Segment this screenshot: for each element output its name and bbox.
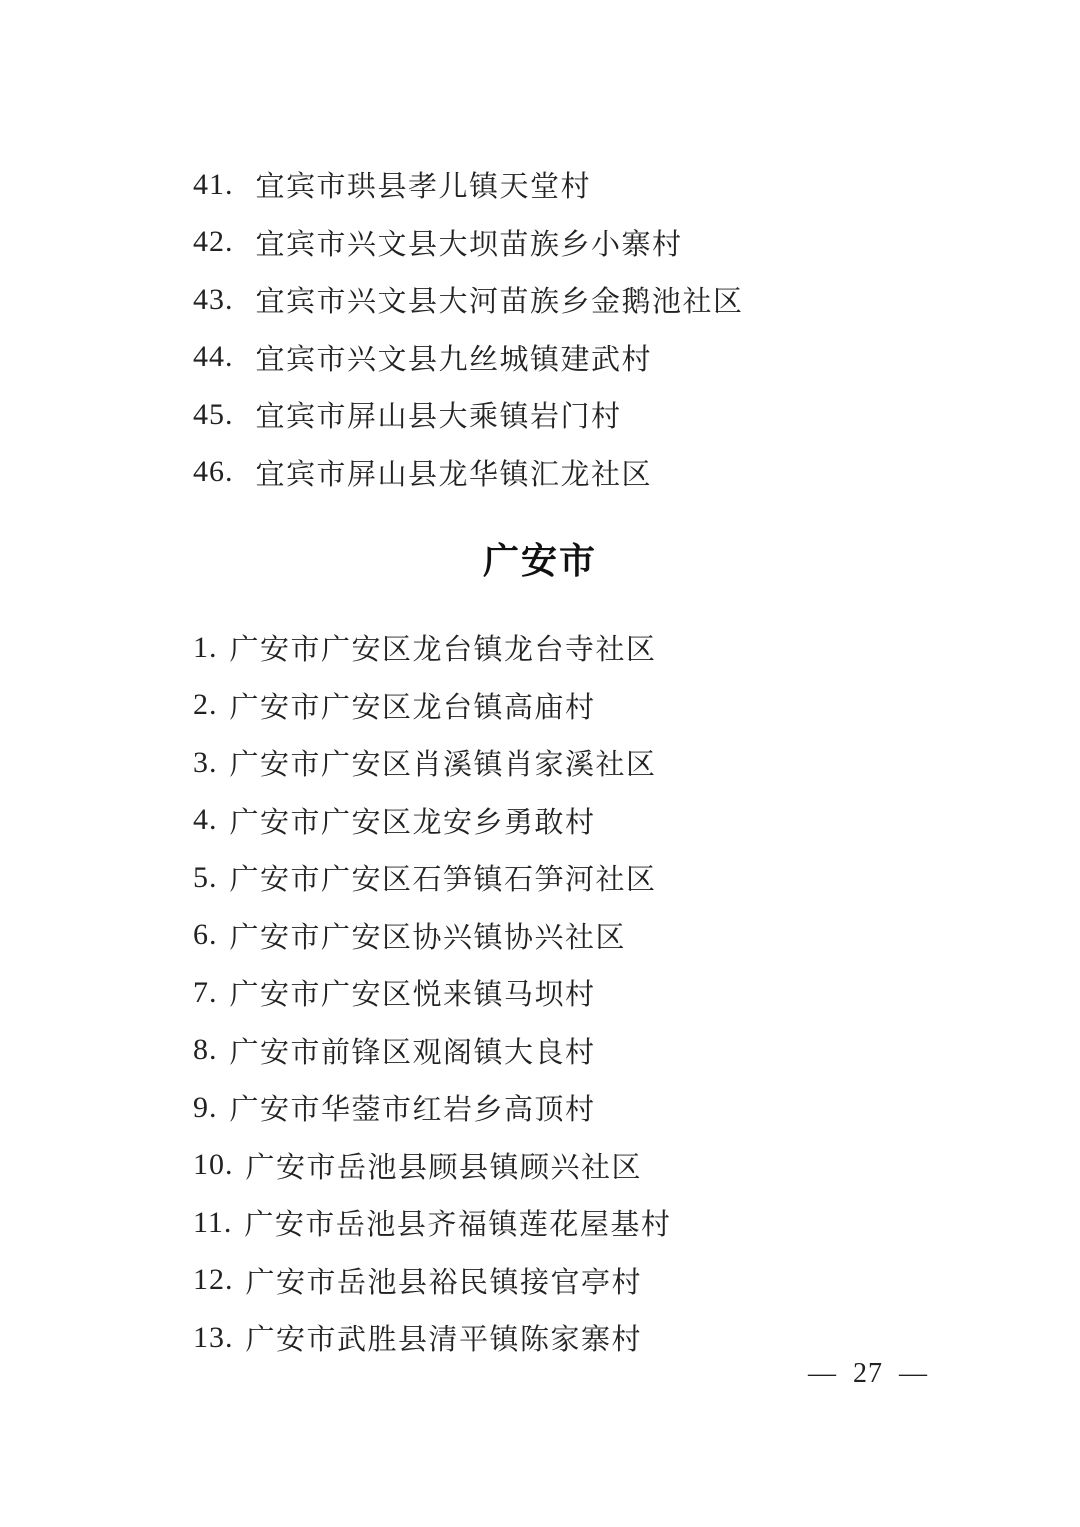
item-text: 广安市前锋区观阁镇大良村 <box>230 1030 596 1071</box>
item-number: 43. <box>193 283 234 317</box>
item-number: 42. <box>193 225 234 259</box>
list-item: 2. 广安市广安区龙台镇高庙村 <box>193 677 980 735</box>
item-text: 广安市广安区龙台镇龙台寺社区 <box>230 627 657 668</box>
item-text: 广安市华蓥市红岩乡高顶村 <box>230 1087 596 1128</box>
item-text: 广安市岳池县裕民镇接官亭村 <box>246 1260 643 1301</box>
item-text: 宜宾市兴文县九丝城镇建武村 <box>256 337 653 378</box>
item-text: 广安市岳池县顾县镇顾兴社区 <box>246 1145 643 1186</box>
list-item: 5. 广安市广安区石笋镇石笋河社区 <box>193 849 980 907</box>
list-item: 10. 广安市岳池县顾县镇顾兴社区 <box>193 1137 980 1195</box>
list-item: 41. 宜宾市珙县孝儿镇天堂村 <box>193 156 980 214</box>
list-item: 11. 广安市岳池县齐福镇莲花屋基村 <box>193 1194 980 1252</box>
list-item: 43. 宜宾市兴文县大河苗族乡金鹅池社区 <box>193 271 980 329</box>
item-text: 广安市广安区龙安乡勇敢村 <box>230 800 596 841</box>
item-number: 6. <box>193 918 218 952</box>
item-number: 8. <box>193 1033 218 1067</box>
item-text: 广安市武胜县清平镇陈家寨村 <box>246 1317 643 1358</box>
item-text: 广安市广安区悦来镇马坝村 <box>230 972 596 1013</box>
list-item: 44. 宜宾市兴文县九丝城镇建武村 <box>193 329 980 387</box>
item-text: 宜宾市珙县孝儿镇天堂村 <box>256 164 592 205</box>
list-item: 9. 广安市华蓥市红岩乡高顶村 <box>193 1079 980 1137</box>
page-number: — 27 — <box>808 1358 928 1390</box>
list-item: 7. 广安市广安区悦来镇马坝村 <box>193 964 980 1022</box>
list-item: 3. 广安市广安区肖溪镇肖家溪社区 <box>193 734 980 792</box>
item-number: 41. <box>193 168 234 202</box>
list-item: 6. 广安市广安区协兴镇协兴社区 <box>193 907 980 965</box>
item-number: 3. <box>193 746 218 780</box>
item-number: 45. <box>193 398 234 432</box>
item-number: 11. <box>193 1206 232 1240</box>
list-item: 42. 宜宾市兴文县大坝苗族乡小寨村 <box>193 214 980 272</box>
list-guangan: 1. 广安市广安区龙台镇龙台寺社区 2. 广安市广安区龙台镇高庙村 3. 广安市… <box>193 619 980 1367</box>
item-text: 宜宾市屏山县龙华镇汇龙社区 <box>256 452 653 493</box>
list-item: 8. 广安市前锋区观阁镇大良村 <box>193 1022 980 1080</box>
item-number: 4. <box>193 803 218 837</box>
list-yibin-continued: 41. 宜宾市珙县孝儿镇天堂村 42. 宜宾市兴文县大坝苗族乡小寨村 43. 宜… <box>193 156 980 501</box>
item-number: 1. <box>193 631 218 665</box>
item-text: 宜宾市兴文县大坝苗族乡小寨村 <box>256 222 683 263</box>
item-text: 广安市广安区石笋镇石笋河社区 <box>230 857 657 898</box>
section-heading-guangan: 广安市 <box>0 540 1080 582</box>
item-number: 13. <box>193 1321 234 1355</box>
document-page: 41. 宜宾市珙县孝儿镇天堂村 42. 宜宾市兴文县大坝苗族乡小寨村 43. 宜… <box>0 0 1080 1527</box>
item-number: 7. <box>193 976 218 1010</box>
item-number: 9. <box>193 1091 218 1125</box>
list-item: 4. 广安市广安区龙安乡勇敢村 <box>193 792 980 850</box>
item-text: 宜宾市屏山县大乘镇岩门村 <box>256 394 622 435</box>
list-item: 46. 宜宾市屏山县龙华镇汇龙社区 <box>193 444 980 502</box>
item-text: 广安市广安区肖溪镇肖家溪社区 <box>230 742 657 783</box>
item-text: 广安市岳池县齐福镇莲花屋基村 <box>244 1202 671 1243</box>
item-number: 2. <box>193 688 218 722</box>
item-text: 广安市广安区协兴镇协兴社区 <box>230 915 627 956</box>
list-item: 1. 广安市广安区龙台镇龙台寺社区 <box>193 619 980 677</box>
list-item: 45. 宜宾市屏山县大乘镇岩门村 <box>193 386 980 444</box>
item-text: 广安市广安区龙台镇高庙村 <box>230 685 596 726</box>
item-number: 46. <box>193 455 234 489</box>
item-number: 44. <box>193 340 234 374</box>
item-number: 10. <box>193 1148 234 1182</box>
item-text: 宜宾市兴文县大河苗族乡金鹅池社区 <box>256 279 744 320</box>
list-item: 12. 广安市岳池县裕民镇接官亭村 <box>193 1252 980 1310</box>
item-number: 12. <box>193 1263 234 1297</box>
item-number: 5. <box>193 861 218 895</box>
